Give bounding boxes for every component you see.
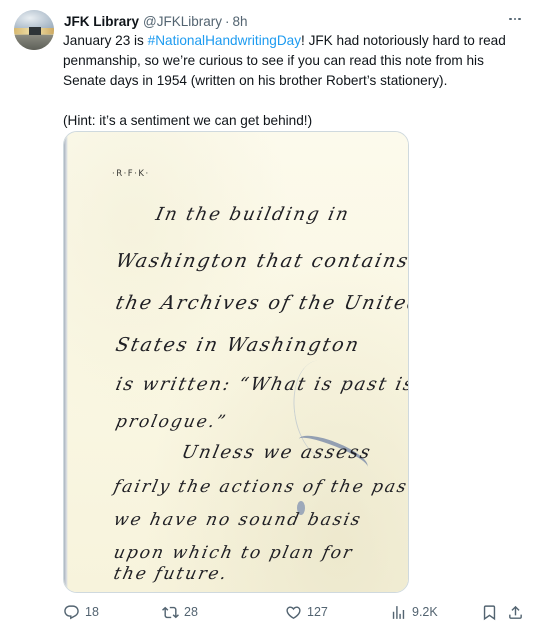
reply-count: 18 xyxy=(85,605,99,619)
handwriting-line-1: In the building in xyxy=(154,204,352,225)
bookmark-icon xyxy=(481,604,498,621)
tweet-text: January 23 is #NationalHandwritingDay! J… xyxy=(63,31,528,131)
separator-dot: · xyxy=(225,14,230,29)
heart-icon xyxy=(285,604,302,621)
views-chart-icon xyxy=(390,604,407,621)
tweet: JFK Library @JFKLibrary · 8h January 23 … xyxy=(0,0,535,628)
like-count: 127 xyxy=(307,605,328,619)
views-count: 9.2K xyxy=(412,605,438,619)
reply-button[interactable]: 18 xyxy=(63,601,99,623)
share-button[interactable] xyxy=(507,601,524,623)
handwriting-line-4: States in Washington xyxy=(114,334,363,356)
paper-edge-shadow xyxy=(64,132,68,592)
more-horizontal-icon xyxy=(509,18,521,21)
share-icon xyxy=(507,604,524,621)
tweet-actions-bar: 18 28 127 9.2K xyxy=(63,601,525,623)
handwriting-line-8: fairly the actions of the past, xyxy=(112,477,409,497)
timestamp[interactable]: 8h xyxy=(233,14,248,29)
handwriting-line-9: we have no sound basis xyxy=(112,510,364,530)
handwriting-line-5: is written: “What is past is xyxy=(114,374,409,395)
handwriting-line-7: Unless we assess xyxy=(180,442,374,463)
author-handle[interactable]: @JFKLibrary xyxy=(143,14,222,29)
more-options-button[interactable] xyxy=(505,10,525,28)
tweet-header: JFK Library @JFKLibrary · 8h xyxy=(64,12,248,30)
media-image-handwritten-note[interactable]: ·R·F·K· In the building in Washington th… xyxy=(63,131,409,593)
hashtag-link[interactable]: #NationalHandwritingDay xyxy=(148,33,301,48)
handwriting-line-11: the future. xyxy=(112,564,230,584)
retweet-icon xyxy=(162,604,179,621)
handwriting-line-3: the Archives of the United xyxy=(114,292,409,314)
tweet-text-intro: January 23 is xyxy=(63,33,148,48)
letterhead-rfk: ·R·F·K· xyxy=(112,169,150,179)
avatar[interactable] xyxy=(14,10,54,50)
avatar-water xyxy=(14,35,54,50)
handwriting-line-6: prologue.” xyxy=(114,412,229,432)
author-name[interactable]: JFK Library xyxy=(64,14,139,29)
reply-icon xyxy=(63,604,80,621)
handwriting-line-10: upon which to plan for xyxy=(112,543,355,563)
views-button[interactable]: 9.2K xyxy=(390,601,438,623)
retweet-button[interactable]: 28 xyxy=(162,601,198,623)
like-button[interactable]: 127 xyxy=(285,601,328,623)
bookmark-button[interactable] xyxy=(481,601,498,623)
retweet-count: 28 xyxy=(184,605,198,619)
handwriting-line-2: Washington that contains xyxy=(114,250,409,272)
